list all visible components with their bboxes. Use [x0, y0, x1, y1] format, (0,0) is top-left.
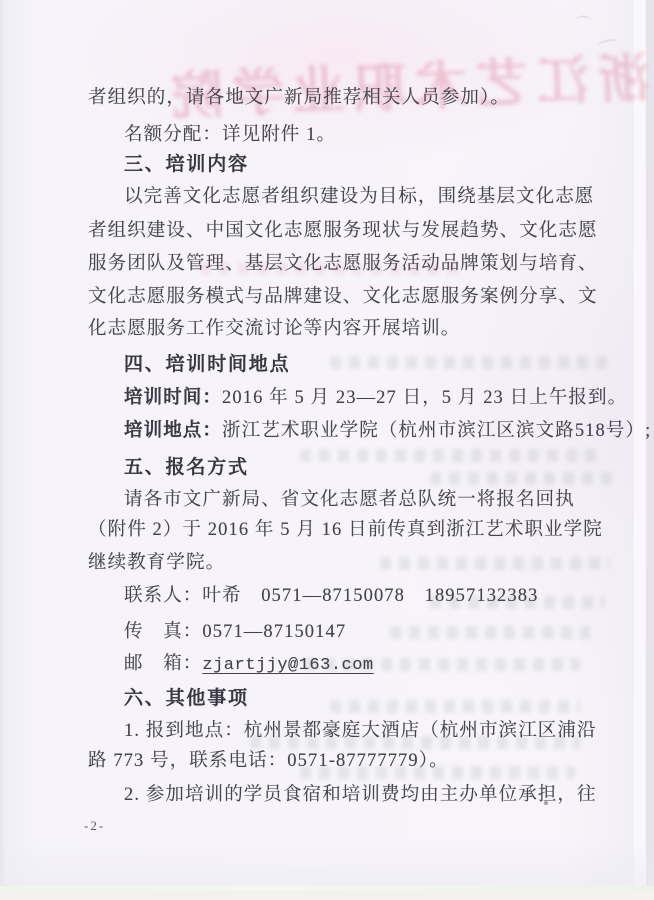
email-label: 邮 箱：	[124, 654, 202, 674]
training-location-label: 培训地点：	[124, 421, 222, 441]
email-address: zjartjjy@163.com	[202, 656, 373, 675]
heading-training-content: 三、培训内容	[124, 149, 249, 176]
bleed-through-smudge	[390, 626, 590, 639]
email-line: 邮 箱：zjartjjy@163.com	[124, 649, 374, 675]
other-item2-line-1: 2. 参加培训的学员食宿和培训费均由主办单位承担，往	[124, 780, 597, 806]
training-time-label: 培训时间：	[124, 388, 222, 408]
training-content-line-3: 服务团队及管理、基层文化志愿服务活动品牌策划与培育、	[88, 249, 598, 275]
heading-registration: 五、报名方式	[124, 452, 249, 479]
registration-line-3: 继续教育学院。	[88, 548, 225, 574]
bleed-through-smudge	[330, 700, 580, 713]
bleed-through-smudge	[430, 472, 615, 485]
other-item1-line-1: 1. 报到地点：杭州景都豪庭大酒店（杭州市滨江区浦沿	[124, 716, 597, 742]
bleed-through-smudge	[380, 557, 610, 570]
bottom-shade	[0, 840, 654, 886]
training-time-line: 培训时间：2016 年 5 月 23—27 日，5 月 23 日上午报到。	[124, 383, 627, 409]
body-line-quota: 名额分配：详见附件 1。	[124, 120, 336, 146]
fax-line: 传 真：0571—87150147	[124, 617, 346, 643]
crease-mark	[575, 16, 591, 25]
scan-bottom-edge	[0, 890, 654, 900]
scan-right-edge	[646, 0, 654, 900]
bleed-through-smudge	[330, 356, 610, 369]
training-location-value: 浙江艺术职业学院（杭州市滨江区滨文路518号）;	[222, 421, 651, 441]
heading-other-matters: 六、其他事项	[124, 683, 249, 710]
heading-time-location: 四、培训时间地点	[124, 349, 290, 376]
registration-line-2: （附件 2）于 2016 年 5 月 16 日前传真到浙江艺术职业学院	[88, 515, 603, 541]
bleed-through-smudge	[300, 449, 600, 462]
training-content-line-2: 者组织建设、中国文化志愿服务现状与发展趋势、文化志愿	[88, 216, 598, 242]
paper-right-edge-highlight	[634, 0, 646, 900]
scanned-notice-page: 浙江艺术职业学院 者组织的，请各地文广新局推荐相关人员参加）。 名额分配：详见附…	[0, 0, 654, 900]
page-number: -2-	[84, 818, 105, 834]
training-location-line: 培训地点：浙江艺术职业学院（杭州市滨江区滨文路518号）;	[124, 416, 651, 442]
contact-person-line: 联系人：叶希 0571—87150078 18957132383	[124, 581, 538, 607]
training-content-line-5: 化志愿服务工作交流讨论等内容开展培训。	[88, 314, 460, 340]
other-item1-line-2: 路 773 号，联系电话：0571-87777779）。	[88, 746, 449, 772]
training-time-value: 2016 年 5 月 23—27 日，5 月 23 日上午报到。	[222, 388, 627, 408]
training-content-line-1: 以完善文化志愿者组织建设为目标，围绕基层文化志愿	[124, 182, 594, 208]
body-line-participants: 者组织的，请各地文广新局推荐相关人员参加）。	[88, 83, 510, 109]
training-content-line-4: 文化志愿服务模式与品牌建设、文化志愿服务案例分享、文	[88, 282, 598, 308]
registration-line-1: 请各市文广新局、省文化志愿者总队统一将报名回执	[124, 485, 575, 511]
